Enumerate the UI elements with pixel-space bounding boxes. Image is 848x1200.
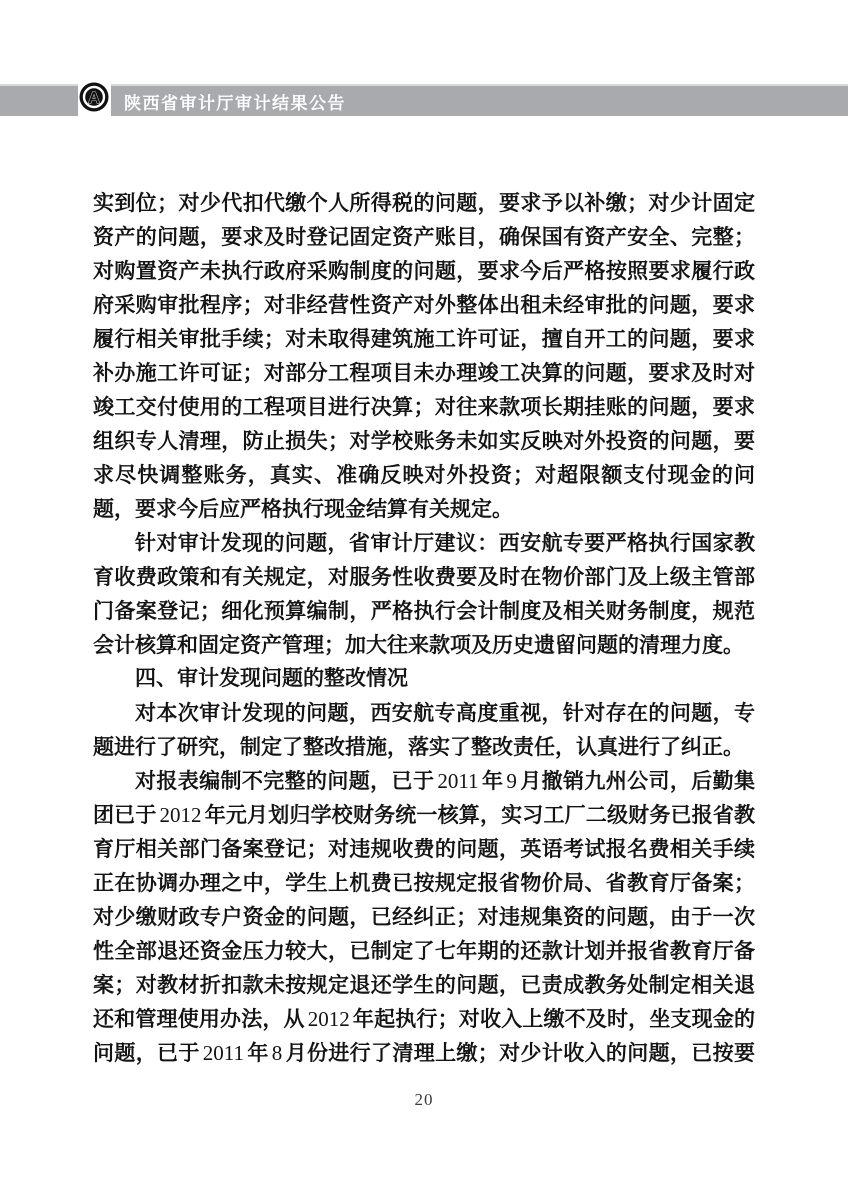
text-line: 组织专人清理，防止损失；对学校账务未如实反映对外投资的问题，要 (93, 424, 755, 458)
header-bar-main: 陕西省审计厅审计结果公告 (111, 84, 848, 116)
text-line: 实到位；对少代扣代缴个人所得税的问题，要求予以补缴；对少计固定 (93, 186, 755, 220)
text-line: 资产的问题，要求及时登记固定资产账目，确保国有资产安全、完整； (93, 220, 755, 254)
text-line: 履行相关审批手续；对未取得建筑施工许可证，擅自开工的问题，要求 (93, 322, 755, 356)
text-line: 竣工交付使用的工程项目进行决算；对往来款项长期挂账的问题，要求 (93, 390, 755, 424)
text-line: 补办施工许可证；对部分工程项目未办理竣工决算的问题，要求及时对 (93, 356, 755, 390)
text-line: 针对审计发现的问题，省审计厅建议：西安航专要严格执行国家教 (93, 526, 755, 560)
text-line: 育收费政策和有关规定，对服务性收费要及时在物价部门及上级主管部 (93, 560, 755, 594)
text-line: 团已于2012年元月划归学校财务统一核算，实习工厂二级财务已报省教 (93, 798, 755, 832)
text-line: 题，要求今后应严格执行现金结算有关规定。 (93, 492, 755, 526)
text-line: 育厅相关部门备案登记；对违规收费的问题，英语考试报名费相关手续 (93, 832, 755, 866)
text-line: 会计核算和固定资产管理；加大往来款项及历史遗留问题的清理力度。 (93, 628, 755, 662)
text-line: 案；对教材折扣款未按规定退还学生的问题，已责成教务处制定相关退 (93, 968, 755, 1002)
document-page: A 陕西省审计厅审计结果公告 实到位；对少代扣代缴个人所得税的问题，要求予以补缴… (0, 0, 848, 1200)
numeral: 2011 (434, 769, 481, 793)
text-line: 还和管理使用办法，从2012年起执行；对收入上缴不及时，坐支现金的 (93, 1002, 755, 1036)
text-line: 门备案登记；细化预算编制，严格执行会计制度及相关财务制度，规范 (93, 594, 755, 628)
text-line: 性全部退还资金压力较大，已制定了七年期的还款计划并报省教育厅备 (93, 934, 755, 968)
numeral: 9 (503, 769, 520, 793)
numeral: 2012 (305, 1007, 353, 1031)
numeral: 8 (269, 1041, 286, 1065)
text-line: 府采购审批程序；对非经营性资产对外整体出租未经审批的问题，要求 (93, 288, 755, 322)
page-number: 20 (415, 1090, 434, 1109)
document-body: 实到位；对少代扣代缴个人所得税的问题，要求予以补缴；对少计固定资产的问题，要求及… (93, 186, 755, 1070)
logo-container: A (78, 84, 111, 116)
text-line: 求尽快调整账务，真实、准确反映对外投资；对超限额支付现金的问 (93, 458, 755, 492)
numeral: 2011 (200, 1041, 247, 1065)
numeral: 2012 (157, 803, 205, 827)
text-line: 对报表编制不完整的问题，已于2011年9月撤销九州公司，后勤集 (93, 764, 755, 798)
page-footer: 20 (0, 1090, 848, 1110)
text-line: 题进行了研究，制定了整改措施，落实了整改责任，认真进行了纠正。 (93, 730, 755, 764)
text-line: 对购置资产未执行政府采购制度的问题，要求今后严格按照要求履行政 (93, 254, 755, 288)
header-title: 陕西省审计厅审计结果公告 (124, 89, 346, 114)
header-bar: A 陕西省审计厅审计结果公告 (0, 84, 848, 116)
header-bar-left-segment (0, 84, 78, 116)
section-heading: 四、审计发现问题的整改情况 (93, 662, 755, 696)
text-line: 对少缴财政专户资金的问题，已经纠正；对违规集资的问题，由于一次 (93, 900, 755, 934)
text-line: 对本次审计发现的问题，西安航专高度重视，针对存在的问题，专 (93, 696, 755, 730)
text-line: 问题，已于2011年8月份进行了清理上缴；对少计收入的问题，已按要 (93, 1036, 755, 1070)
text-line: 正在协调办理之中，学生上机费已按规定报省物价局、省教育厅备案； (93, 866, 755, 900)
svg-text:A: A (88, 89, 100, 108)
audit-logo-icon: A (79, 82, 109, 112)
